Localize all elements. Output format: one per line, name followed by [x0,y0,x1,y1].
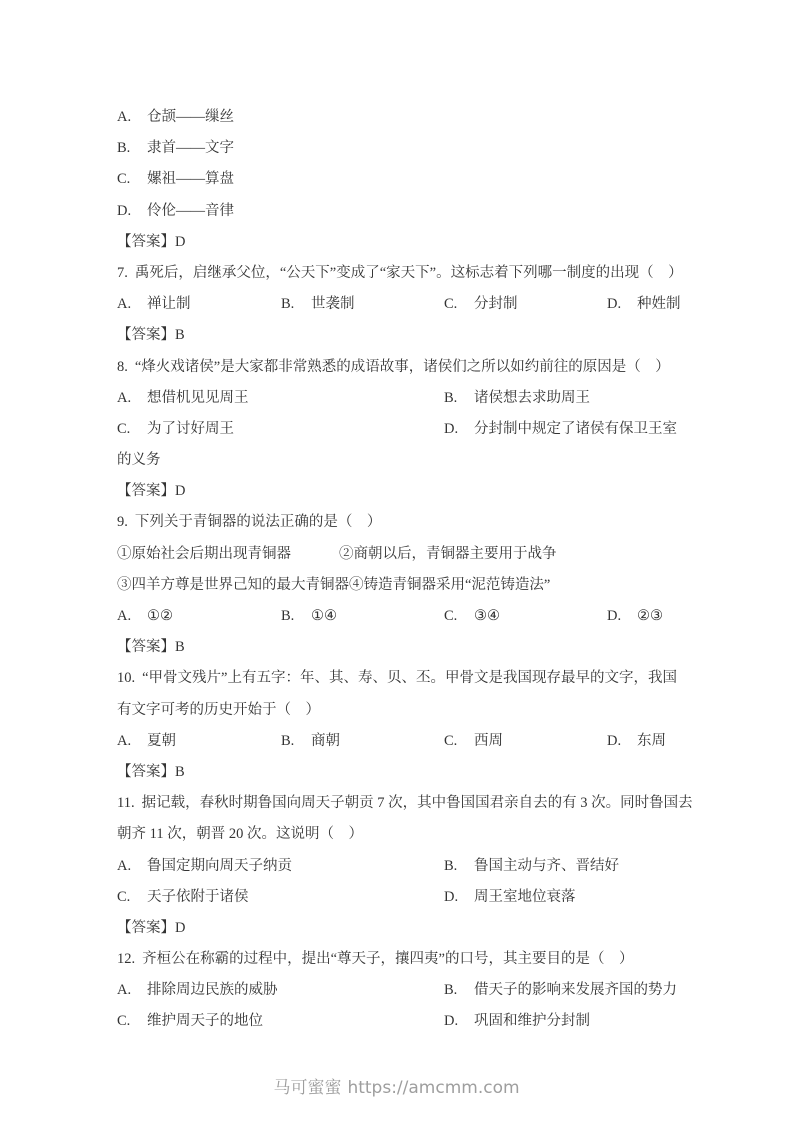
question-11-option-d: D.周王室地位衰落 [444,882,793,913]
option-a-text: 夏朝 [147,733,176,749]
option-c-text: ③④ [474,608,500,624]
option-d-label: D. [607,289,637,320]
question-number: 9. [117,514,128,530]
question-8-options-row-2: C.为了讨好周王 D.分封制中规定了诸侯有保卫王室 [117,414,793,445]
option-c-text: 维护周天子的地位 [147,1013,263,1029]
question-8-option-a: A.想借机见见周王 [117,383,444,414]
question-12-option-c: C.维护周天子的地位 [117,1006,444,1037]
option-a-text: ①② [147,608,173,624]
question-9-stem: 9.下列关于青铜器的说法正确的是（ ） [117,507,793,538]
exam-content: A.仓颉——缫丝 B.隶首——文字 C.嫘祖——算盘 D.伶伦——音律 【答案】… [0,0,793,1038]
option-b-text: ①④ [311,608,337,624]
question-8-option-c: C.为了讨好周王 [117,414,444,445]
option-a-text: 鲁国定期向周天子纳贡 [147,858,292,874]
question-12-options-row-2: C.维护周天子的地位 D.巩固和维护分封制 [117,1006,793,1037]
question-7-option-a: A.禅让制 [117,289,281,320]
question-7-stem: 7.禹死后，启继承父位，“公天下”变成了“家天下”。这标志着下列哪一制度的出现（… [117,258,793,289]
option-c-text: 分封制 [474,296,518,312]
option-b-label: B. [117,133,147,164]
question-11-stem-line-1: 11.据记载，春秋时期鲁国向周天子朝贡 7 次，其中鲁国国君亲自去的有 3 次。… [117,788,793,819]
question-12-option-a: A.排除周边民族的威胁 [117,975,444,1006]
option-d-text: 周王室地位衰落 [474,889,576,905]
question-8-option-d: D.分封制中规定了诸侯有保卫王室 [444,414,793,445]
option-c-text: 天子依附于诸侯 [147,889,249,905]
question-10-option-c: C.西周 [444,726,607,757]
question-7-answer: 【答案】B [117,320,793,351]
question-10-option-d: D.东周 [607,726,793,757]
question-7-options: A.禅让制 B.世袭制 C.分封制 D.种姓制 [117,289,793,320]
option-a-label: A. [117,601,147,632]
option-a-label: A. [117,726,147,757]
question-stem-text: “甲骨文残片”上有五字：年、其、寿、贝、丕。甲骨文是我国现存最早的文字，我国 [142,670,677,686]
answer-prefix: 【答案】 [117,327,175,343]
option-d-text: 伶伦——音律 [147,203,234,219]
question-6-option-d: D.伶伦——音律 [117,196,793,227]
question-10-stem-line-1: 10.“甲骨文残片”上有五字：年、其、寿、贝、丕。甲骨文是我国现存最早的文字，我… [117,663,793,694]
question-stem-text: 禹死后，启继承父位，“公天下”变成了“家天下”。这标志着下列哪一制度的出现（ ） [135,265,683,281]
footer-site-name: 马可蜜蜜 [273,1078,341,1098]
option-a-label: A. [117,289,147,320]
footer-watermark: 马可蜜蜜https://amcmm.com [0,1075,793,1101]
question-stem-text: 据记载，春秋时期鲁国向周天子朝贡 7 次，其中鲁国国君亲自去的有 3 次。同时鲁… [142,795,693,811]
statement-1: ①原始社会后期出现青铜器 [117,539,339,570]
answer-letter: B [175,327,185,343]
question-8-option-b: B.诸侯想去求助周王 [444,383,793,414]
question-8-stem: 8.“烽火戏诸侯”是大家都非常熟悉的成语故事，诸侯们之所以如约前往的原因是（ ） [117,352,793,383]
answer-letter: B [175,764,185,780]
option-d-text: 巩固和维护分封制 [474,1013,590,1029]
question-6-option-b: B.隶首——文字 [117,133,793,164]
option-c-label: C. [444,289,474,320]
question-7-option-c: C.分封制 [444,289,607,320]
option-b-text: 隶首——文字 [147,140,234,156]
question-12-stem: 12.齐桓公在称霸的过程中，提出“尊天子，攘四夷”的口号，其主要目的是（ ） [117,944,793,975]
option-c-label: C. [444,601,474,632]
option-c-label: C. [117,1006,147,1037]
question-9-statements-row-2: ③四羊方尊是世界己知的最大青铜器④铸造青铜器采用“泥范铸造法” [117,570,793,601]
option-d-text: 种姓制 [637,296,681,312]
question-11-stem-line-2: 朝齐 11 次，朝晋 20 次。这说明（ ） [117,819,793,850]
question-11-options-row-2: C.天子依附于诸侯 D.周王室地位衰落 [117,882,793,913]
question-7-option-b: B.世袭制 [281,289,444,320]
question-number: 12. [117,951,135,967]
option-d-text: 分封制中规定了诸侯有保卫王室 [474,421,677,437]
option-b-text: 借天子的影响来发展齐国的势力 [474,982,677,998]
question-9-option-a: A.①② [117,601,281,632]
answer-prefix: 【答案】 [117,483,175,499]
option-c-label: C. [444,726,474,757]
question-10-answer: 【答案】B [117,757,793,788]
question-stem-text: 齐桓公在称霸的过程中，提出“尊天子，攘四夷”的口号，其主要目的是（ ） [142,951,633,967]
option-c-label: C. [117,164,147,195]
question-9-option-d: D.②③ [607,601,793,632]
option-a-text: 禅让制 [147,296,191,312]
footer-url: https://amcmm.com [347,1078,519,1098]
option-b-text: 诸侯想去求助周王 [474,390,590,406]
option-a-text: 想借机见见周王 [147,390,249,406]
option-a-text: 仓颉——缫丝 [147,109,234,125]
question-11-option-c: C.天子依附于诸侯 [117,882,444,913]
question-10-options: A.夏朝 B.商朝 C.西周 D.东周 [117,726,793,757]
option-b-text: 世袭制 [311,296,355,312]
option-b-label: B. [444,383,474,414]
option-c-text: 为了讨好周王 [147,421,234,437]
question-8-option-d-continuation: 的义务 [117,445,793,476]
option-d-text: 东周 [637,733,666,749]
option-a-label: A. [117,975,147,1006]
option-c-text: 西周 [474,733,503,749]
answer-prefix: 【答案】 [117,764,175,780]
option-a-label: A. [117,383,147,414]
option-d-label: D. [444,882,474,913]
question-stem-text: “烽火戏诸侯”是大家都非常熟悉的成语故事，诸侯们之所以如约前往的原因是（ ） [135,359,670,375]
question-6-option-c: C.嫘祖——算盘 [117,164,793,195]
question-11-answer: 【答案】D [117,913,793,944]
option-c-label: C. [117,414,147,445]
question-number: 11. [117,795,135,811]
option-b-label: B. [281,289,311,320]
question-12-options-row-1: A.排除周边民族的威胁 B.借天子的影响来发展齐国的势力 [117,975,793,1006]
question-number: 10. [117,670,135,686]
question-11-options-row-1: A.鲁国定期向周天子纳贡 B.鲁国主动与齐、晋结好 [117,851,793,882]
option-b-label: B. [444,851,474,882]
answer-letter: D [175,483,185,499]
option-d-label: D. [117,196,147,227]
statement-2: ②商朝以后，青铜器主要用于战争 [339,539,793,570]
question-stem-text: 下列关于青铜器的说法正确的是（ ） [135,514,382,530]
option-a-label: A. [117,102,147,133]
question-12-option-b: B.借天子的影响来发展齐国的势力 [444,975,793,1006]
question-9-options: A.①② B.①④ C.③④ D.②③ [117,601,793,632]
option-b-label: B. [281,726,311,757]
answer-letter: D [175,920,185,936]
question-10-stem-line-2: 有文字可考的历史开始于（ ） [117,695,793,726]
question-9-answer: 【答案】B [117,632,793,663]
option-a-text: 排除周边民族的威胁 [147,982,278,998]
option-d-label: D. [607,726,637,757]
answer-prefix: 【答案】 [117,639,175,655]
option-d-label: D. [607,601,637,632]
question-9-option-c: C.③④ [444,601,607,632]
answer-letter: D [175,234,185,250]
question-8-options-row-1: A.想借机见见周王 B.诸侯想去求助周王 [117,383,793,414]
option-d-label: D. [444,1006,474,1037]
question-9-statements-row-1: ①原始社会后期出现青铜器 ②商朝以后，青铜器主要用于战争 [117,539,793,570]
option-d-label: D. [444,414,474,445]
option-b-label: B. [281,601,311,632]
question-11-option-a: A.鲁国定期向周天子纳贡 [117,851,444,882]
question-8-answer: 【答案】D [117,476,793,507]
answer-letter: B [175,639,185,655]
option-b-text: 商朝 [311,733,340,749]
option-c-text: 嫘祖——算盘 [147,171,234,187]
question-10-option-b: B.商朝 [281,726,444,757]
exam-document-page: { "page": { "background": "#ffffff", "te… [0,0,793,1122]
question-11-option-b: B.鲁国主动与齐、晋结好 [444,851,793,882]
option-b-text: 鲁国主动与齐、晋结好 [474,858,619,874]
question-12-option-d: D.巩固和维护分封制 [444,1006,793,1037]
option-a-label: A. [117,851,147,882]
question-9-option-b: B.①④ [281,601,444,632]
question-7-option-d: D.种姓制 [607,289,793,320]
option-c-label: C. [117,882,147,913]
option-d-text: ②③ [637,608,663,624]
question-6-option-a: A.仓颉——缫丝 [117,102,793,133]
answer-prefix: 【答案】 [117,234,175,250]
answer-prefix: 【答案】 [117,920,175,936]
question-10-option-a: A.夏朝 [117,726,281,757]
question-number: 8. [117,359,128,375]
question-number: 7. [117,265,128,281]
option-b-label: B. [444,975,474,1006]
question-6-answer: 【答案】D [117,227,793,258]
